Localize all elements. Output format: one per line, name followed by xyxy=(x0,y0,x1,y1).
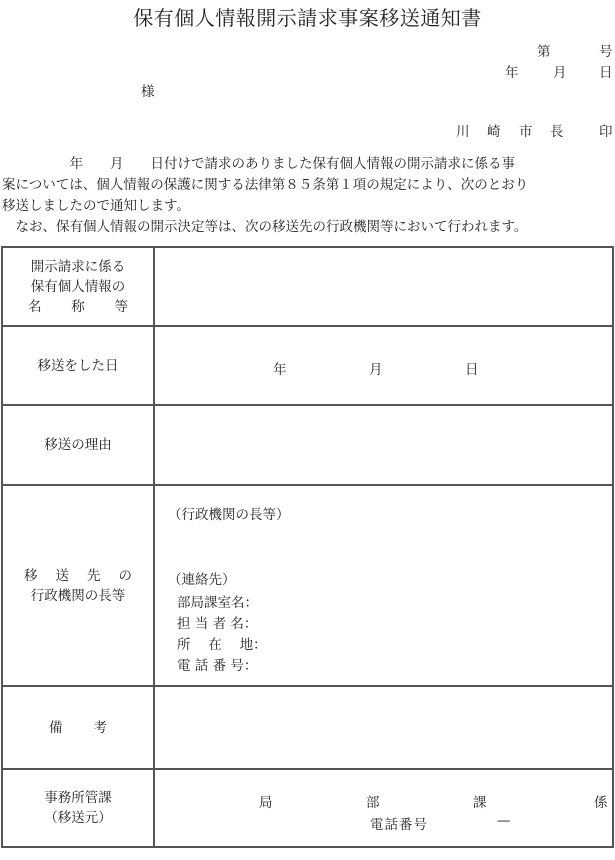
label-line: 行政機関の長等 xyxy=(3,586,153,606)
row-transfer-date: 移送をした日 年 月 日 xyxy=(2,326,613,405)
label-information-name: 開示請求に係る 保有個人情報の 名 称 等 xyxy=(2,247,154,326)
seal-mark: 印 xyxy=(599,120,613,140)
unit-department: 部 xyxy=(366,791,380,811)
label-char: の xyxy=(119,566,133,586)
field-responsible-section[interactable]: 局 部 課 係 電話番号 — xyxy=(154,769,613,847)
label-destination-agency: 移 送 先 の 行政機関の長等 xyxy=(2,485,154,686)
unit-subsection: 係 xyxy=(594,791,608,811)
phone-separator: — xyxy=(497,813,511,829)
label-spread: 移 送 先 の xyxy=(24,566,132,586)
label-line: 事務所管課 xyxy=(3,788,153,808)
label-responsible-section: 事務所管課 （移送元） xyxy=(2,769,154,847)
notice-line-4: なお、保有個人情報の開示決定等は、次の移送先の行政機関等において行われます。 xyxy=(2,217,615,238)
sender-char-2: 崎 xyxy=(487,120,501,140)
label-char: 移 xyxy=(24,566,38,586)
row-information-name: 開示請求に係る 保有個人情報の 名 称 等 xyxy=(2,247,613,326)
notice-line-1: 年 月 日付けで請求のありました保有個人情報の開示請求に係る事 xyxy=(2,154,615,175)
label-line: 開示請求に係る xyxy=(3,257,153,277)
notice-paragraph: 年 月 日付けで請求のありました保有個人情報の開示請求に係る事案については、個人… xyxy=(2,154,615,238)
label-char: 考 xyxy=(94,718,108,738)
transfer-date-year: 年 xyxy=(273,358,287,378)
unit-bureau: 局 xyxy=(259,791,273,811)
unit-section: 課 xyxy=(473,791,487,811)
contact-field-person: 担 当 者 名： xyxy=(177,612,257,632)
contact-field-phone: 電 話 番 号： xyxy=(177,654,257,674)
field-transfer-reason[interactable] xyxy=(154,405,613,485)
transfer-date-month: 月 xyxy=(369,358,383,378)
notice-line-2: 案については、個人情報の保護に関する法律第８５条第１項の規定により、次のとおり xyxy=(2,175,615,196)
sender-char-4: 長 xyxy=(550,120,564,140)
label-char: 備 xyxy=(49,718,63,738)
row-responsible-section: 事務所管課 （移送元） 局 部 課 係 電話番号 — xyxy=(2,769,613,847)
label-line: （移送元） xyxy=(3,808,153,828)
transfer-date-day: 日 xyxy=(465,358,479,378)
row-destination-agency: 移 送 先 の 行政機関の長等 （行政機関の長等） （連絡先） 部局課室名： 担… xyxy=(2,485,613,686)
field-remarks[interactable] xyxy=(154,686,613,769)
number-prefix: 第 xyxy=(537,40,551,60)
label-char: 先 xyxy=(87,566,101,586)
document-title: 保有個人情報開示請求事案移送通知書 xyxy=(0,2,615,31)
field-transfer-date[interactable]: 年 月 日 xyxy=(154,326,613,405)
date-month: 月 xyxy=(553,61,567,81)
label-char: 称 xyxy=(71,297,85,317)
row-transfer-reason: 移送の理由 xyxy=(2,405,613,485)
date-year: 年 xyxy=(505,61,519,81)
label-transfer-reason: 移送の理由 xyxy=(2,405,154,485)
label-char: 名 xyxy=(28,297,42,317)
transfer-details-table: 開示請求に係る 保有個人情報の 名 称 等 移送をした日 年 月 日 移送の理由… xyxy=(1,246,614,848)
field-information-name[interactable] xyxy=(154,247,613,326)
sender-char-1: 川 xyxy=(456,120,470,140)
label-transfer-date: 移送をした日 xyxy=(2,326,154,405)
label-line: 保有個人情報の xyxy=(3,277,153,297)
label-char: 等 xyxy=(115,297,129,317)
sender-char-3: 市 xyxy=(519,120,533,140)
contact-field-address: 所 在 地： xyxy=(177,633,267,653)
addressee-suffix: 様 xyxy=(141,80,155,100)
contact-label: （連絡先） xyxy=(168,568,236,588)
notice-line-3: 移送しましたので通知します。 xyxy=(2,196,615,217)
field-destination-agency[interactable]: （行政機関の長等） （連絡先） 部局課室名： 担 当 者 名： 所 在 地： 電… xyxy=(154,485,613,686)
row-remarks: 備 考 xyxy=(2,686,613,769)
label-spread: 備 考 xyxy=(49,718,107,738)
number-suffix: 号 xyxy=(599,40,613,60)
agency-head-label: （行政機関の長等） xyxy=(168,503,290,523)
contact-field-department: 部局課室名： xyxy=(177,591,258,611)
phone-label: 電話番号 xyxy=(370,813,428,833)
label-spread: 名 称 等 xyxy=(28,297,128,317)
label-char: 送 xyxy=(56,566,70,586)
label-remarks: 備 考 xyxy=(2,686,154,769)
date-day: 日 xyxy=(599,61,613,81)
